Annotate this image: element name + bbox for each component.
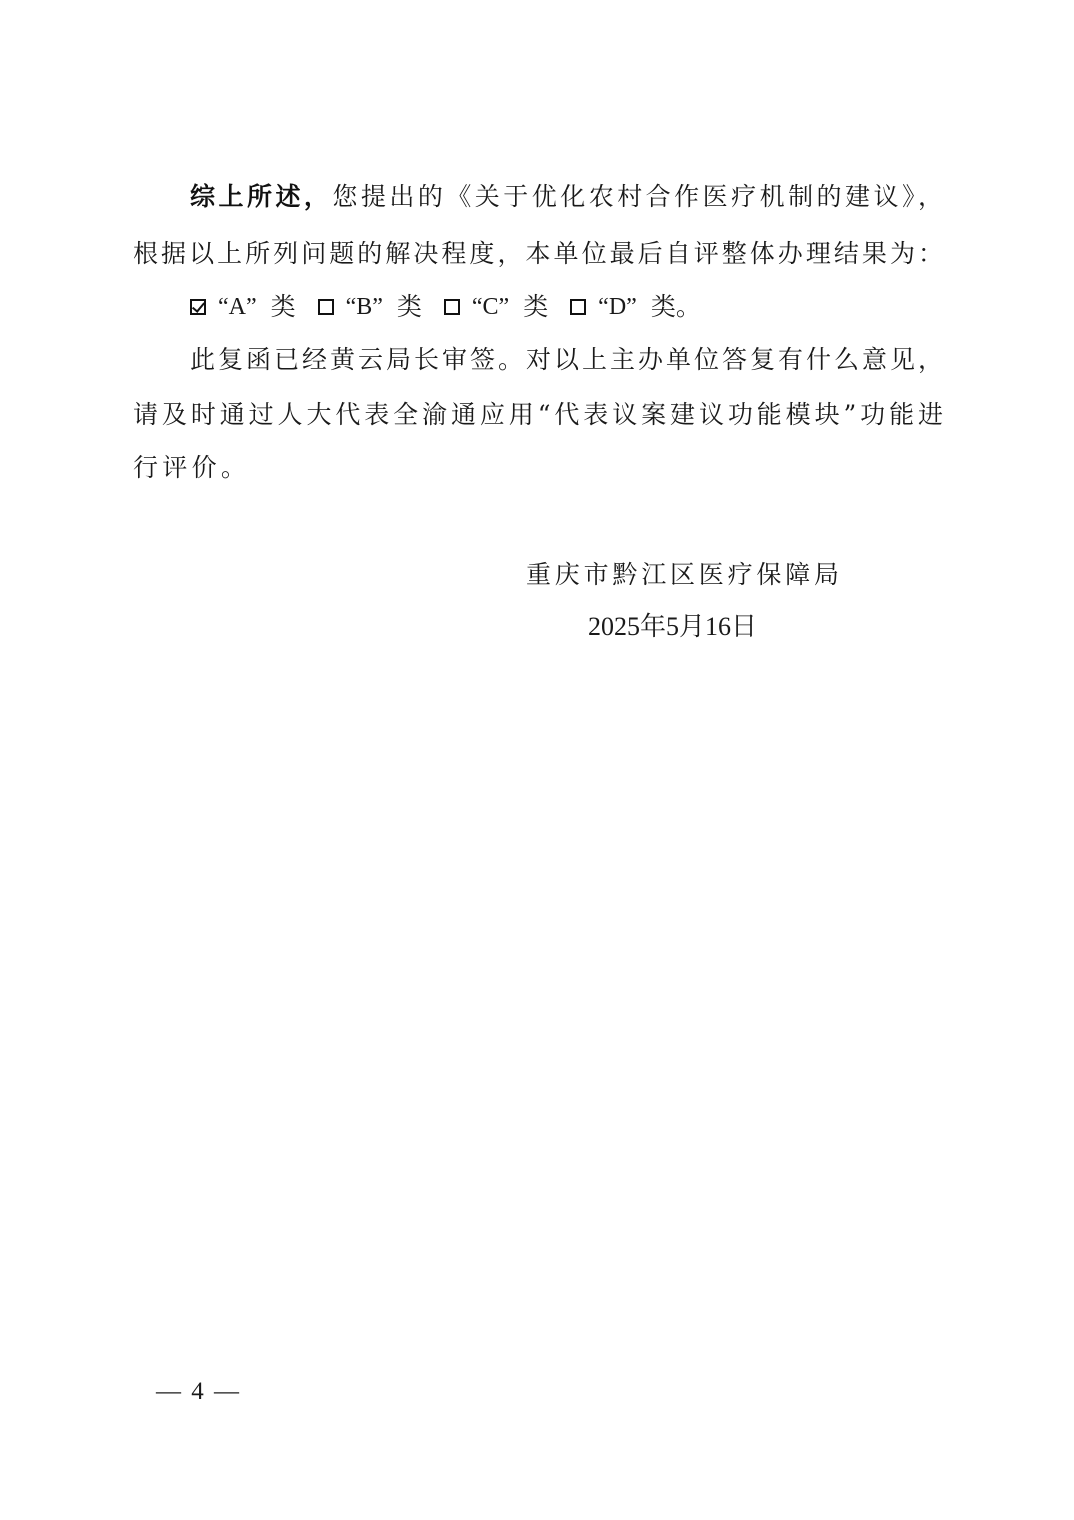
checkbox-unchecked-icon[interactable] bbox=[318, 299, 334, 315]
paragraph-review-line-3: 行评价。 bbox=[133, 452, 943, 484]
checkbox-checked-icon[interactable] bbox=[190, 299, 206, 315]
rating-option-d[interactable]: “D” 类。 bbox=[570, 291, 701, 323]
rating-suffix-c: 类 bbox=[523, 291, 548, 323]
paragraph-review-line-1: 此复函已经黄云局长审签。对以上主办单位答复有什么意见， bbox=[190, 344, 943, 376]
rating-label-c: “C” bbox=[472, 291, 509, 323]
paragraph-review-line-2: 请及时通过人大代表全渝通应用“代表议案建议功能模块”功能进 bbox=[133, 399, 943, 431]
signature-organization: 重庆市黔江区医疗保障局 bbox=[526, 559, 843, 591]
rating-suffix-a: 类 bbox=[271, 291, 296, 323]
summary-line-1-text: 您提出的《关于优化农村合作医疗机制的建议》， bbox=[332, 182, 943, 211]
rating-option-a[interactable]: “A” 类 bbox=[190, 291, 296, 323]
rating-option-b[interactable]: “B” 类 bbox=[318, 291, 422, 323]
page-number: — 4 — bbox=[156, 1376, 241, 1408]
document-page: 综上所述，您提出的《关于优化农村合作医疗机制的建议》， 根据以上所列问题的解决程… bbox=[0, 0, 1074, 1520]
signature-date: 2025年5月16日 bbox=[588, 611, 757, 643]
paragraph-summary-line-1: 综上所述，您提出的《关于优化农村合作医疗机制的建议》， bbox=[190, 181, 943, 213]
paragraph-summary-line-2: 根据以上所列问题的解决程度，本单位最后自评整体办理结果为： bbox=[133, 238, 943, 270]
rating-suffix-d: 类。 bbox=[651, 291, 701, 323]
rating-label-a: “A” bbox=[218, 291, 257, 323]
checkbox-unchecked-icon[interactable] bbox=[444, 299, 460, 315]
rating-suffix-b: 类 bbox=[397, 291, 422, 323]
checkbox-unchecked-icon[interactable] bbox=[570, 299, 586, 315]
rating-label-b: “B” bbox=[346, 291, 383, 323]
rating-label-d: “D” bbox=[598, 291, 637, 323]
rating-options: “A” 类 “B” 类 “C” 类 “D” 类。 bbox=[190, 291, 715, 323]
summary-lead-bold: 综上所述， bbox=[190, 182, 332, 211]
rating-option-c[interactable]: “C” 类 bbox=[444, 291, 548, 323]
